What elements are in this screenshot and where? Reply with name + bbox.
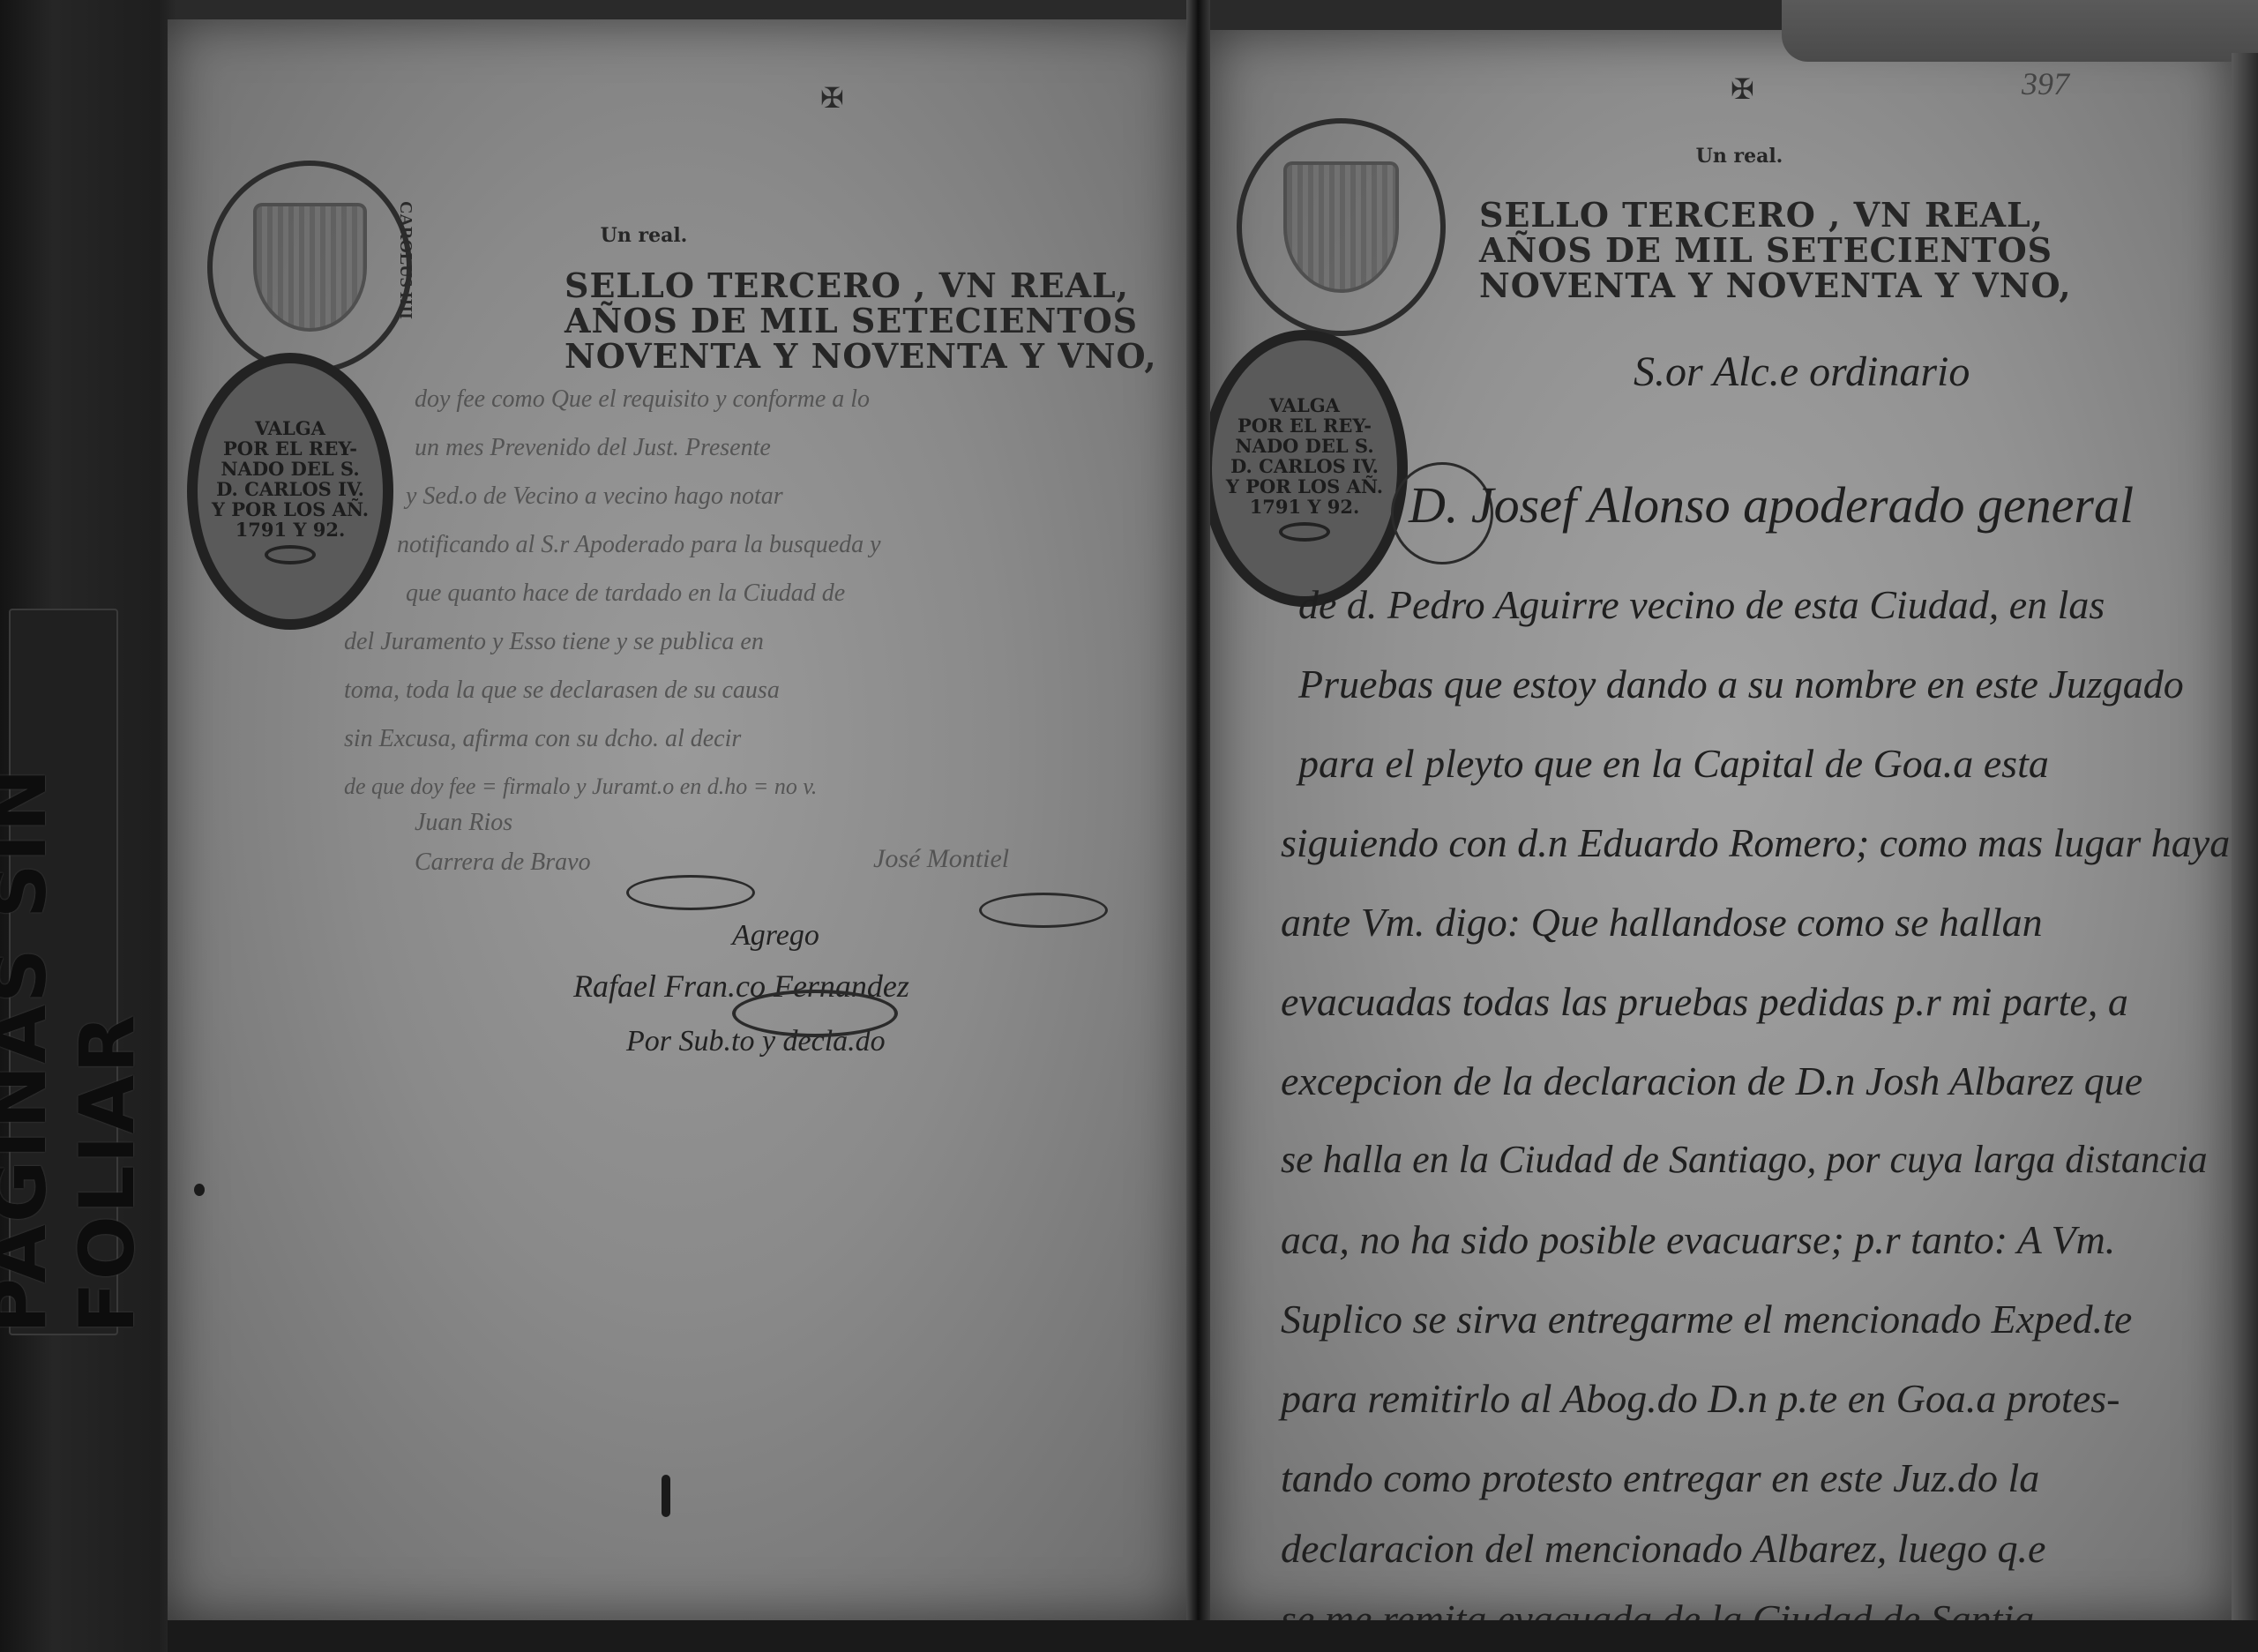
handwriting-line: excepcion de la declaracion de D.n Josh … — [1281, 1058, 2142, 1104]
handwriting-line: tando como protesto entregar en este Juz… — [1281, 1454, 2039, 1501]
handwriting-line: y Sed.o de Vecino a vecino hago notar — [406, 482, 783, 511]
sello-header: SELLO TERCERO , VN REAL, AÑOS DE MIL SET… — [1479, 198, 2072, 303]
handwriting-line: evacuadas todas las pruebas pedidas p.r … — [1281, 978, 2128, 1025]
denomination-label: Un real. — [1651, 145, 1828, 168]
denomination-label: Un real. — [556, 224, 732, 247]
rubric-flourish-icon — [626, 875, 755, 910]
ink-spot — [194, 1184, 205, 1196]
page-edge-right — [2232, 53, 2258, 1652]
cross-icon: ✠ — [1731, 72, 1754, 106]
oval-stamp: VALGA POR EL REY- NADO DEL S. D. CARLOS … — [1210, 330, 1408, 607]
stamp-ornament-icon — [265, 545, 316, 564]
handwriting-line: se halla en la Ciudad de Santiago, por c… — [1281, 1137, 2208, 1182]
book-gutter — [1186, 0, 1210, 1652]
left-page: ✠ CAROLUS IIII Un real. SELLO TERCERO , … — [168, 19, 1186, 1620]
spine-label: PAGINAS SIN FOLIAR — [9, 609, 118, 1335]
oval-stamp: VALGA POR EL REY- NADO DEL S. D. CARLOS … — [187, 353, 393, 630]
handwriting-line: que quanto hace de tardado en la Ciudad … — [406, 579, 845, 608]
stamp-line: D. CARLOS IV. — [1230, 456, 1379, 476]
sello-header: SELLO TERCERO , VN REAL, AÑOS DE MIL SET… — [564, 268, 1157, 374]
sello-line-2: AÑOS DE MIL SETECIENTOS — [1479, 233, 2072, 268]
handwriting-line: declaracion del mencionado Albarez, lueg… — [1281, 1525, 2045, 1572]
stamp-line: 1791 Y 92. — [236, 520, 346, 540]
handwriting-line: para el pleyto que en la Capital de Goa.… — [1298, 740, 2049, 787]
salutation: S.or Alc.e ordinario — [1634, 348, 1970, 396]
stamp-line: NADO DEL S. — [221, 459, 359, 479]
sello-line-1: SELLO TERCERO , VN REAL, — [1479, 198, 2072, 233]
signature: Agrego — [732, 919, 819, 953]
handwriting-line: doy fee como Que el requisito y conforme… — [415, 385, 870, 414]
stamp-line: VALGA — [1269, 395, 1340, 415]
stamp-line: POR EL REY- — [223, 438, 357, 459]
handwriting-line: Suplico se sirva entregarme el mencionad… — [1281, 1296, 2132, 1342]
signature: Carrera de Bravo — [415, 848, 591, 877]
coat-of-arms-icon — [253, 203, 367, 332]
signature: Juan Rios — [415, 809, 512, 837]
handwriting-line: toma, toda la que se declarasen de su ca… — [344, 676, 780, 705]
rubric-flourish-icon — [732, 990, 898, 1037]
page-shadow-top — [1782, 0, 2258, 62]
denomination-text: Un real. — [556, 224, 732, 247]
rubric-flourish-icon — [979, 893, 1108, 928]
handwriting-line: aca, no ha sido posible evacuarse; p.r t… — [1281, 1216, 2115, 1263]
folio-note: 397 — [2022, 65, 2069, 102]
right-page: ✠ 397 Un real. SELLO TERCERO , VN REAL, … — [1210, 30, 2233, 1622]
handwriting-line: de d. Pedro Aguirre vecino de esta Ciuda… — [1298, 581, 2105, 628]
stamp-line: VALGA — [255, 418, 325, 438]
royal-seal-round: CAROLUS IIII — [207, 161, 412, 374]
handwriting-line: ante Vm. digo: Que hallandose como se ha… — [1281, 899, 2043, 946]
signature: José Montiel — [873, 844, 1009, 874]
coat-of-arms-icon — [1283, 161, 1400, 293]
sello-line-2: AÑOS DE MIL SETECIENTOS — [564, 303, 1157, 339]
handwriting-line: un mes Prevenido del Just. Presente — [415, 434, 771, 462]
seal-legend: CAROLUS IIII — [395, 201, 415, 319]
stamp-line: NADO DEL S. — [1235, 436, 1373, 456]
stamp-line: Y POR LOS AÑ. — [1226, 476, 1383, 497]
denomination-text: Un real. — [1651, 145, 1828, 168]
page-edge-bottom — [168, 1620, 2258, 1652]
stamp-ornament-icon — [1279, 522, 1330, 542]
handwriting-line: notificando al S.r Apoderado para la bus… — [397, 531, 881, 559]
stamp-line: POR EL REY- — [1237, 415, 1372, 436]
cross-icon: ✠ — [820, 81, 844, 115]
handwriting-line: sin Excusa, afirma con su dcho. al decir — [344, 725, 741, 753]
handwriting-line: de que doy fee = firmalo y Juramt.o en d… — [344, 774, 817, 800]
handwriting-line: D. Josef Alonso apoderado general — [1409, 475, 2134, 534]
handwriting-line: del Juramento y Esso tiene y se publica … — [344, 628, 764, 656]
ink-spot — [662, 1475, 670, 1517]
handwriting-line: para remitirlo al Abog.do D.n p.te en Go… — [1281, 1375, 2120, 1422]
sello-line-3: NOVENTA Y NOVENTA Y VNO, — [564, 339, 1157, 374]
royal-seal-round — [1237, 118, 1446, 336]
sello-line-1: SELLO TERCERO , VN REAL, — [564, 268, 1157, 303]
stamp-line: D. CARLOS IV. — [216, 479, 364, 499]
handwriting-line: se me remita evacuada de la Ciudad de Sa… — [1281, 1596, 2048, 1622]
handwriting-line: siguiendo con d.n Eduardo Romero; como m… — [1281, 819, 2230, 866]
stamp-line: 1791 Y 92. — [1250, 497, 1360, 517]
stamp-line: Y POR LOS AÑ. — [212, 499, 369, 520]
sello-line-3: NOVENTA Y NOVENTA Y VNO, — [1479, 268, 2072, 303]
handwriting-line: Pruebas que estoy dando a su nombre en e… — [1298, 661, 2184, 707]
